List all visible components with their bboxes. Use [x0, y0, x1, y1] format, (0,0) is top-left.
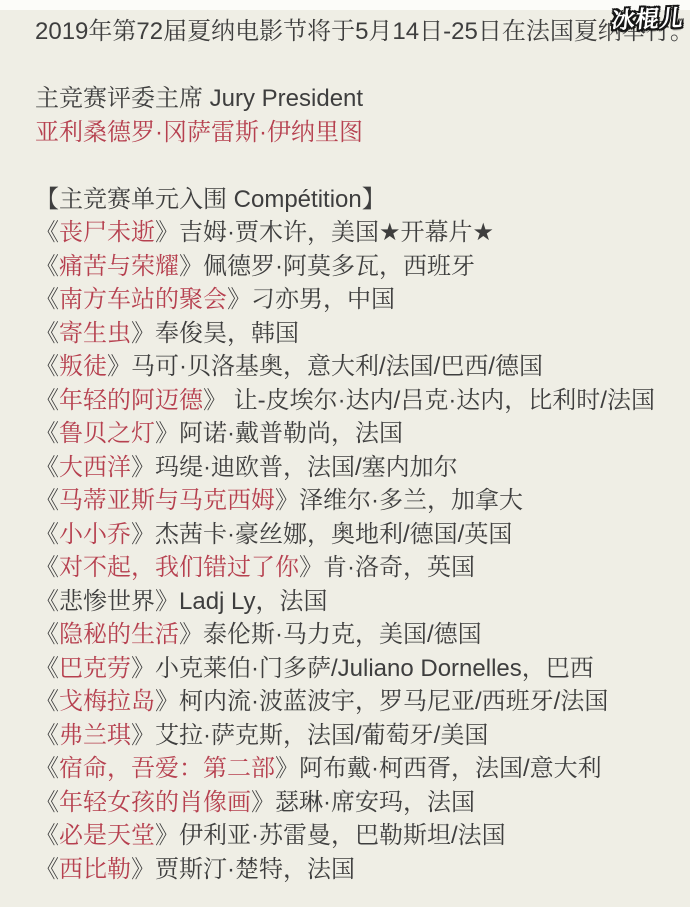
title-close-bracket: 》 — [203, 387, 227, 414]
title-open-bracket: 《 — [35, 755, 59, 782]
film-credits: 佩德罗·阿莫多瓦，西班牙 — [203, 253, 475, 280]
title-open-bracket: 《 — [35, 521, 59, 548]
title-close-bracket: 》 — [131, 320, 155, 347]
film-line: 《巴克劳》小克莱伯·门多萨/Juliano Dornelles，巴西 — [35, 652, 682, 686]
film-line: 《年轻女孩的肖像画》瑟琳·席安玛，法国 — [35, 786, 682, 820]
film-credits: 奉俊昊，韩国 — [155, 320, 299, 347]
film-credits: 玛缇·迪欧普，法国/塞内加尔 — [155, 454, 458, 481]
film-credits: 肯·洛奇，英国 — [323, 554, 475, 581]
film-title: 弗兰琪 — [59, 722, 131, 749]
film-credits: 艾拉·萨克斯，法国/葡萄牙/美国 — [155, 722, 488, 749]
title-open-bracket: 《 — [35, 286, 59, 313]
title-close-bracket: 》 — [299, 554, 323, 581]
film-credits: 刁亦男，中国 — [251, 286, 395, 313]
film-title: 西比勒 — [59, 856, 131, 883]
film-line: 《对不起，我们错过了你》肯·洛奇，英国 — [35, 551, 682, 585]
film-credits: 让-皮埃尔·达内/吕克·达内，比利时/法国 — [227, 387, 655, 414]
film-title: 宿命，吾爱：第二部 — [59, 755, 275, 782]
watermark: 冰棍儿 — [610, 0, 686, 35]
film-line: 《西比勒》贾斯汀·楚特，法国 — [35, 853, 682, 887]
film-title: 痛苦与荣耀 — [59, 253, 179, 280]
title-open-bracket: 《 — [35, 487, 59, 514]
film-line: 《马蒂亚斯与马克西姆》泽维尔·多兰，加拿大 — [35, 484, 682, 518]
film-title: 巴克劳 — [59, 655, 131, 682]
title-open-bracket: 《 — [35, 856, 59, 883]
film-title: 必是天堂 — [59, 822, 155, 849]
title-open-bracket: 《 — [35, 722, 59, 749]
film-title: 大西洋 — [59, 454, 131, 481]
film-credits: 马可·贝洛基奥，意大利/法国/巴西/德国 — [131, 353, 543, 380]
film-credits: 小克莱伯·门多萨/Juliano Dornelles，巴西 — [155, 655, 594, 682]
film-title: 丧尸未逝 — [59, 219, 155, 246]
title-close-bracket: 》 — [131, 454, 155, 481]
film-line: 《痛苦与荣耀》佩德罗·阿莫多瓦，西班牙 — [35, 250, 682, 284]
title-close-bracket: 》 — [155, 219, 179, 246]
title-open-bracket: 《 — [35, 320, 59, 347]
film-list: 《丧尸未逝》吉姆·贾木许，美国★开幕片★《痛苦与荣耀》佩德罗·阿莫多瓦，西班牙《… — [35, 216, 682, 886]
title-open-bracket: 《 — [35, 454, 59, 481]
jury-president-name: 亚利桑德罗·冈萨雷斯·伊纳里图 — [35, 116, 682, 150]
film-title: 马蒂亚斯与马克西姆 — [59, 487, 275, 514]
film-line: 《悲惨世界》Ladj Ly，法国 — [35, 585, 682, 619]
film-credits: Ladj Ly，法国 — [179, 588, 328, 615]
title-close-bracket: 》 — [275, 487, 299, 514]
film-credits: 阿诺·戴普勒尚，法国 — [179, 420, 403, 447]
film-credits: 瑟琳·席安玛，法国 — [275, 789, 475, 816]
film-line: 《南方车站的聚会》刁亦男，中国 — [35, 283, 682, 317]
film-line: 《大西洋》玛缇·迪欧普，法国/塞内加尔 — [35, 451, 682, 485]
title-close-bracket: 》 — [275, 755, 299, 782]
film-credits: 杰茜卡·豪丝娜，奥地利/德国/英国 — [155, 521, 512, 548]
film-line: 《戈梅拉岛》柯内流·波蓝波宇，罗马尼亚/西班牙/法国 — [35, 685, 682, 719]
film-title: 戈梅拉岛 — [59, 688, 155, 715]
title-close-bracket: 》 — [155, 588, 179, 615]
title-close-bracket: 》 — [131, 655, 155, 682]
film-title: 南方车站的聚会 — [59, 286, 227, 313]
film-line: 《小小乔》杰茜卡·豪丝娜，奥地利/德国/英国 — [35, 518, 682, 552]
film-title: 寄生虫 — [59, 320, 131, 347]
film-line: 《寄生虫》奉俊昊，韩国 — [35, 317, 682, 351]
film-line: 《宿命，吾爱：第二部》阿布戴·柯西胥，法国/意大利 — [35, 752, 682, 786]
title-open-bracket: 《 — [35, 621, 59, 648]
film-title: 悲惨世界 — [59, 588, 155, 615]
title-close-bracket: 》 — [179, 253, 203, 280]
title-close-bracket: 》 — [155, 420, 179, 447]
film-credits: 泰伦斯·马力克，美国/德国 — [203, 621, 482, 648]
title-open-bracket: 《 — [35, 420, 59, 447]
film-line: 《必是天堂》伊利亚·苏雷曼，巴勒斯坦/法国 — [35, 819, 682, 853]
article-page: { "watermark": "冰棍儿", "intro": "2019年第72… — [0, 0, 690, 907]
film-title: 小小乔 — [59, 521, 131, 548]
film-credits: 柯内流·波蓝波宇，罗马尼亚/西班牙/法国 — [179, 688, 608, 715]
film-line: 《叛徒》马可·贝洛基奥，意大利/法国/巴西/德国 — [35, 350, 682, 384]
article-content: 2019年第72届夏纳电影节将于5月14日-25日在法国夏纳举行。 主竞赛评委主… — [35, 10, 682, 886]
title-open-bracket: 《 — [35, 387, 59, 414]
section-header: 【主竞赛单元入围 Compétition】 — [35, 183, 682, 217]
title-close-bracket: 》 — [251, 789, 275, 816]
film-title: 对不起，我们错过了你 — [59, 554, 299, 581]
title-open-bracket: 《 — [35, 655, 59, 682]
title-open-bracket: 《 — [35, 588, 59, 615]
title-close-bracket: 》 — [179, 621, 203, 648]
film-line: 《年轻的阿迈德》 让-皮埃尔·达内/吕克·达内，比利时/法国 — [35, 384, 682, 418]
title-open-bracket: 《 — [35, 353, 59, 380]
title-close-bracket: 》 — [155, 822, 179, 849]
film-credits: 吉姆·贾木许，美国★开幕片★ — [179, 219, 494, 246]
film-credits: 泽维尔·多兰，加拿大 — [299, 487, 523, 514]
film-line: 《丧尸未逝》吉姆·贾木许，美国★开幕片★ — [35, 216, 682, 250]
film-title: 年轻女孩的肖像画 — [59, 789, 251, 816]
film-title: 隐秘的生活 — [59, 621, 179, 648]
title-open-bracket: 《 — [35, 789, 59, 816]
title-open-bracket: 《 — [35, 253, 59, 280]
title-close-bracket: 》 — [107, 353, 131, 380]
title-close-bracket: 》 — [155, 688, 179, 715]
film-line: 《鲁贝之灯》阿诺·戴普勒尚，法国 — [35, 417, 682, 451]
title-open-bracket: 《 — [35, 554, 59, 581]
blank-line — [35, 149, 682, 183]
title-open-bracket: 《 — [35, 688, 59, 715]
film-line: 《隐秘的生活》泰伦斯·马力克，美国/德国 — [35, 618, 682, 652]
title-close-bracket: 》 — [131, 722, 155, 749]
film-title: 年轻的阿迈德 — [59, 387, 203, 414]
film-title: 叛徒 — [59, 353, 107, 380]
intro-line: 2019年第72届夏纳电影节将于5月14日-25日在法国夏纳举行。 — [35, 15, 682, 49]
title-close-bracket: 》 — [131, 856, 155, 883]
blank-line — [35, 49, 682, 83]
film-line: 《弗兰琪》艾拉·萨克斯，法国/葡萄牙/美国 — [35, 719, 682, 753]
title-open-bracket: 《 — [35, 219, 59, 246]
film-credits: 贾斯汀·楚特，法国 — [155, 856, 355, 883]
title-close-bracket: 》 — [227, 286, 251, 313]
film-credits: 阿布戴·柯西胥，法国/意大利 — [299, 755, 602, 782]
jury-president-label: 主竞赛评委主席 Jury President — [35, 82, 682, 116]
film-credits: 伊利亚·苏雷曼，巴勒斯坦/法国 — [179, 822, 506, 849]
title-open-bracket: 《 — [35, 822, 59, 849]
title-close-bracket: 》 — [131, 521, 155, 548]
film-title: 鲁贝之灯 — [59, 420, 155, 447]
top-border-strip — [0, 0, 690, 10]
